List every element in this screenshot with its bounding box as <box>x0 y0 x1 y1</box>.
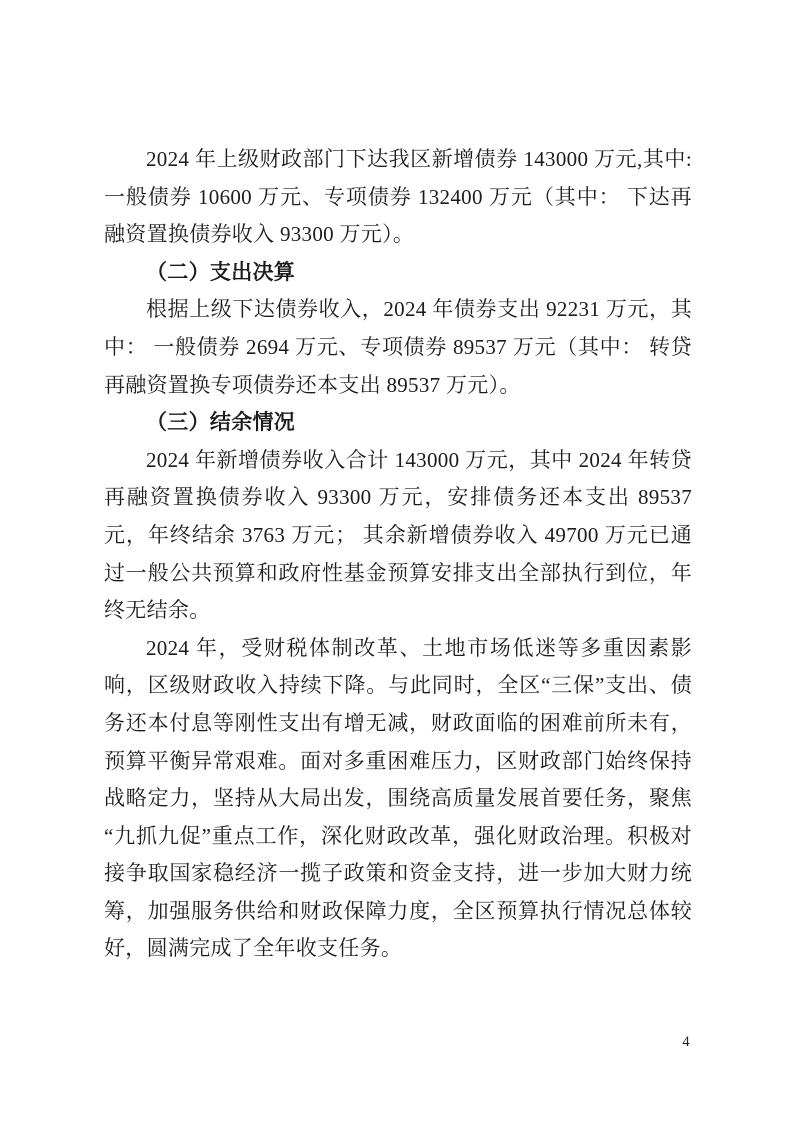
page-number: 4 <box>676 1034 696 1051</box>
section-heading-expenditure-final-accounts: （二）支出决算 <box>104 254 692 292</box>
document-page: 2024 年上级财政部门下达我区新增债券 143000 万元,其中: 一般债券 … <box>0 0 793 1122</box>
paragraph-fiscal-summary: 2024 年，受财税体制改革、土地市场低迷等多重因素影响，区级财政收入持续下降。… <box>104 630 692 968</box>
paragraph-balance-details: 2024 年新增债券收入合计 143000 万元，其中 2024 年转贷再融资置… <box>104 442 692 630</box>
section-heading-balance-situation: （三）结余情况 <box>104 404 692 442</box>
paragraph-bond-issuance: 2024 年上级财政部门下达我区新增债券 143000 万元,其中: 一般债券 … <box>104 141 692 254</box>
paragraph-bond-expenditure: 根据上级下达债券收入，2024 年债券支出 92231 万元，其中： 一般债券 … <box>104 291 692 404</box>
document-body: 2024 年上级财政部门下达我区新增债券 143000 万元,其中: 一般债券 … <box>104 141 692 968</box>
